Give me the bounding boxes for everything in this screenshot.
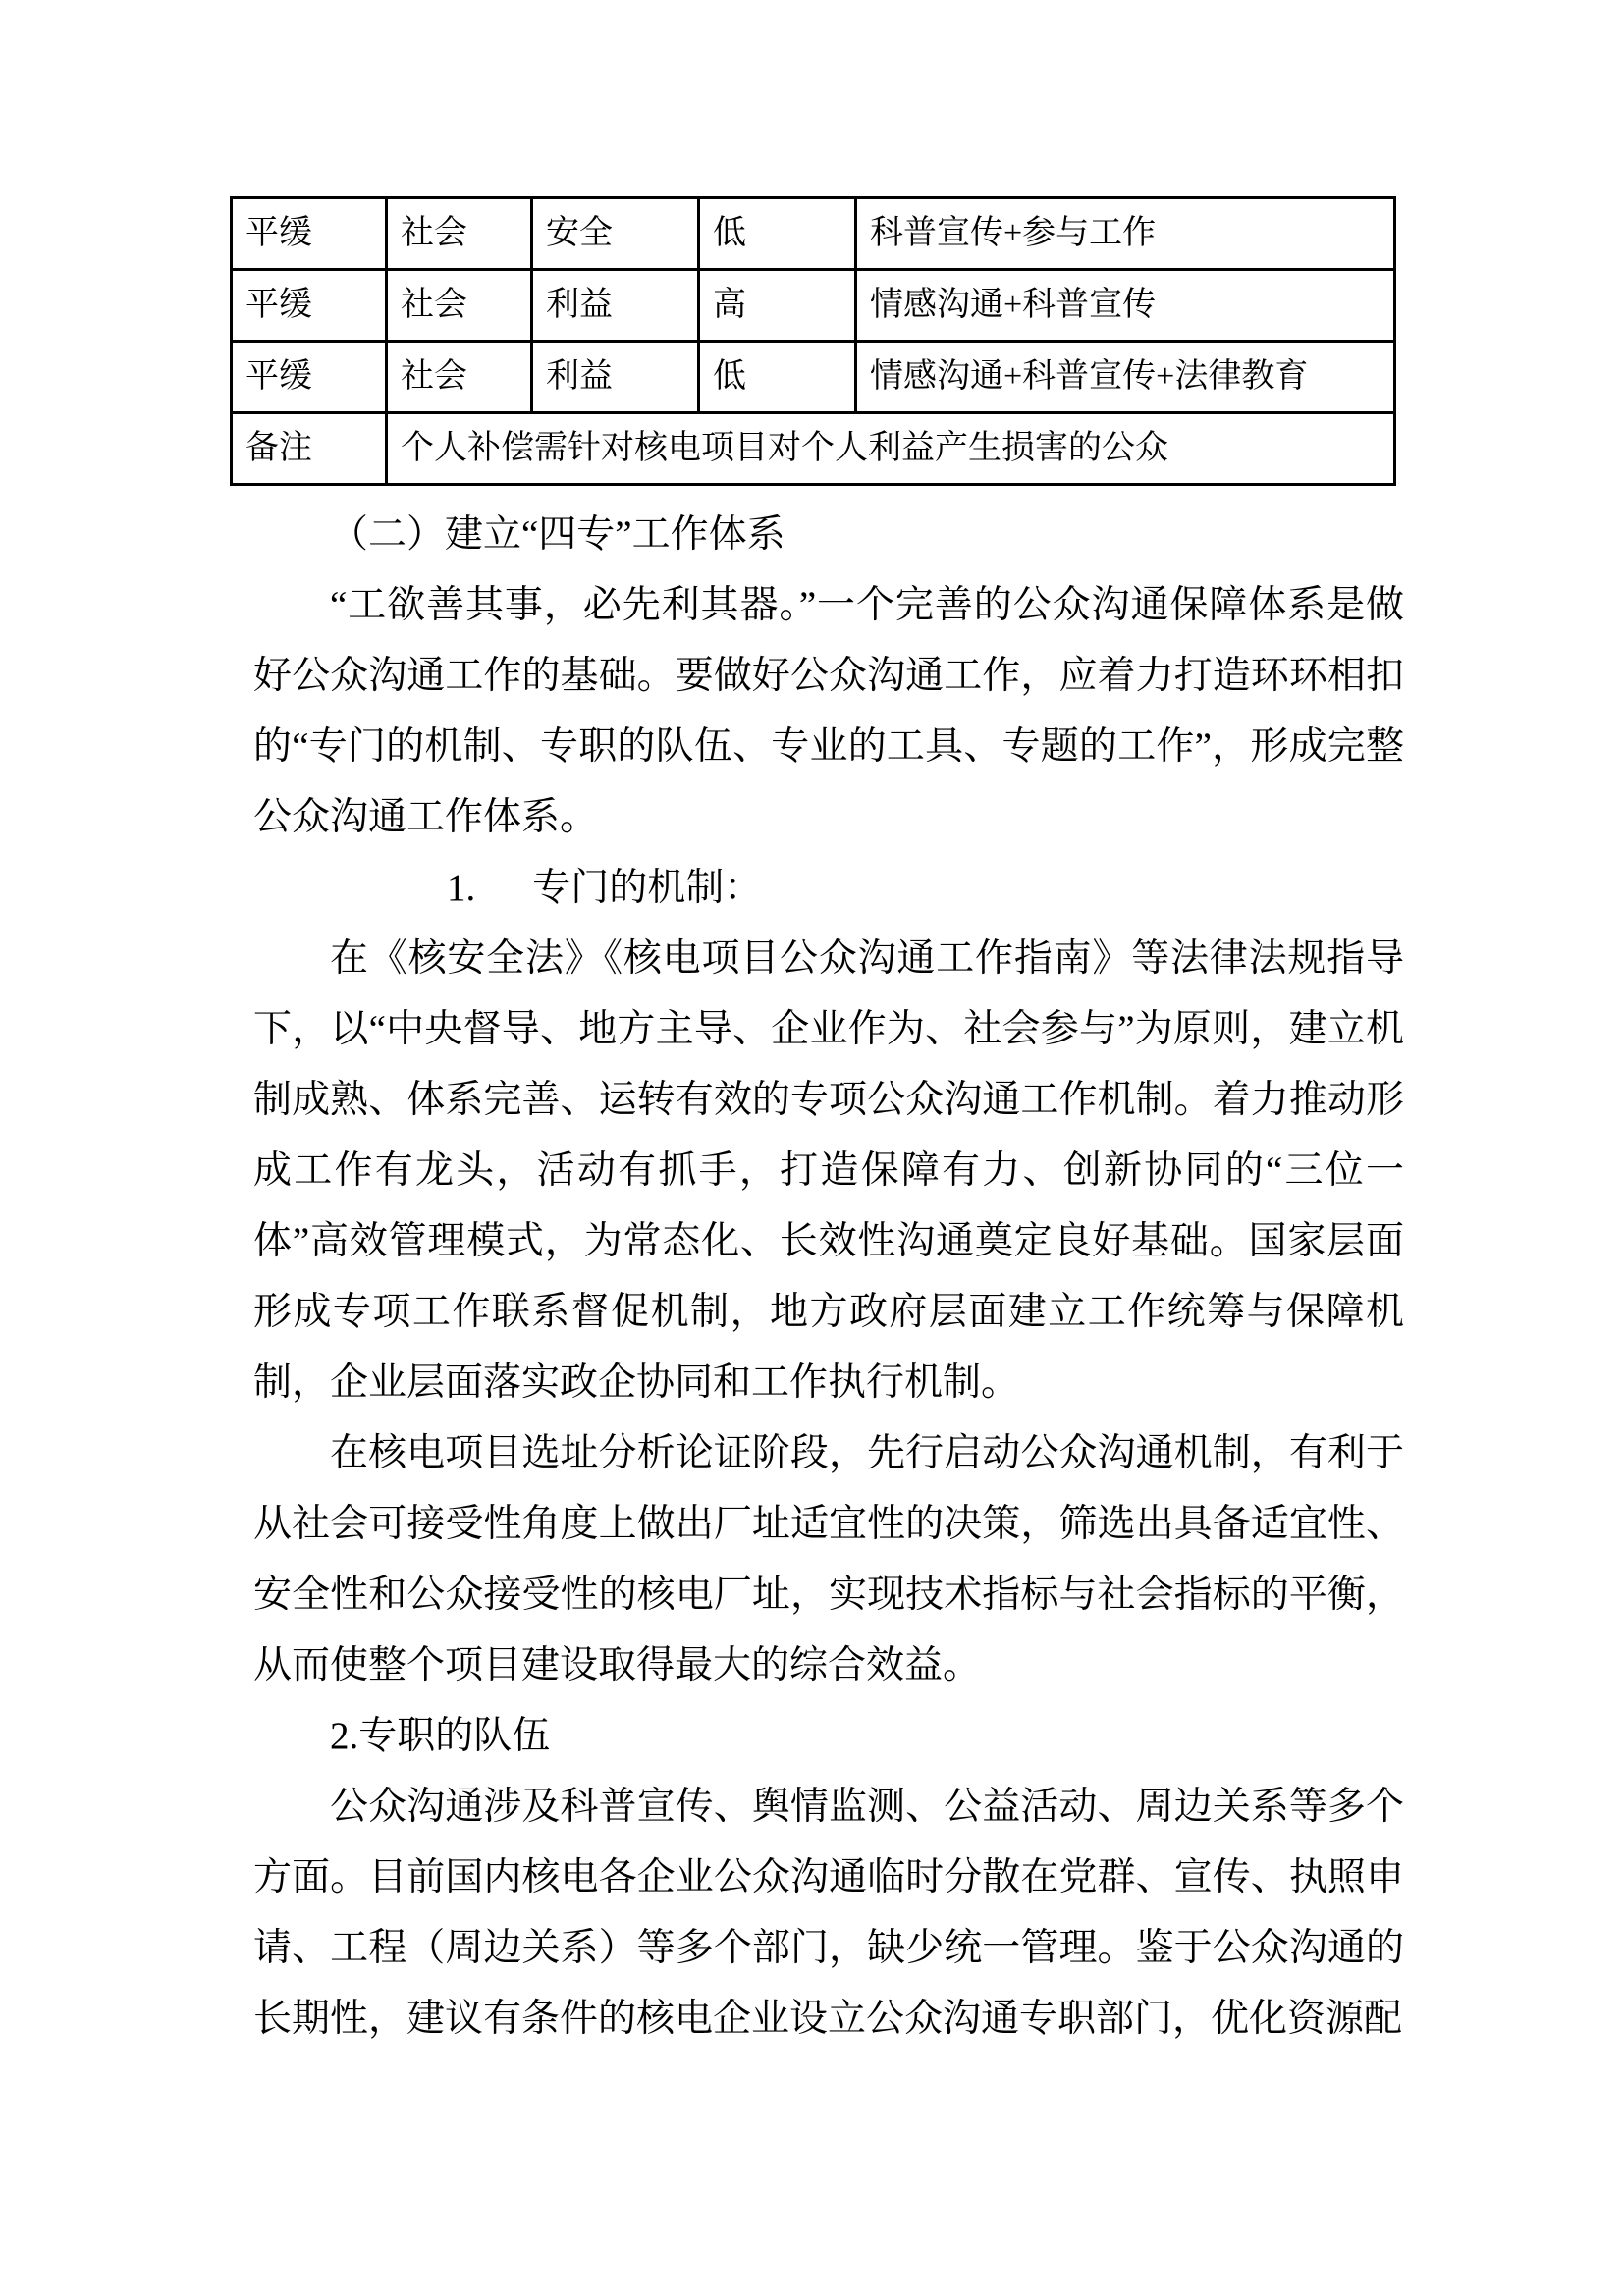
communication-strategy-table: 平缓 社会 安全 低 科普宣传+参与工作 平缓 社会 利益 高 情感沟通+科普宣… xyxy=(230,196,1393,486)
table-cell: 社会 xyxy=(387,198,532,270)
table-cell: 利益 xyxy=(532,342,699,413)
table-cell: 低 xyxy=(699,198,856,270)
note-label-cell: 备注 xyxy=(232,413,387,485)
paragraph-mechanism-1: 在《核安全法》《核电项目公众沟通工作指南》等法律法规指导下，以“中央督导、地方主… xyxy=(253,924,1404,1418)
table-row: 平缓 社会 安全 低 科普宣传+参与工作 xyxy=(232,198,1395,270)
section-heading: （二）建立“四专”工作体系 xyxy=(253,500,1404,570)
table-row: 平缓 社会 利益 高 情感沟通+科普宣传 xyxy=(232,270,1395,342)
table-cell: 安全 xyxy=(532,198,699,270)
table-cell: 利益 xyxy=(532,270,699,342)
paragraph-team: 公众沟通涉及科普宣传、舆情监测、公益活动、周边关系等多个方面。目前国内核电各企业… xyxy=(253,1772,1404,2055)
item1-number: 1. xyxy=(447,867,475,909)
table-cell: 低 xyxy=(699,342,856,413)
table-cell: 情感沟通+科普宣传+法律教育 xyxy=(856,342,1395,413)
table-cell: 高 xyxy=(699,270,856,342)
paragraph-intro: “工欲善其事，必先利其器。”一个完善的公众沟通保障体系是做好公众沟通工作的基础。… xyxy=(253,570,1404,853)
table-row: 平缓 社会 利益 低 情感沟通+科普宣传+法律教育 xyxy=(232,342,1395,413)
document-page: 平缓 社会 安全 低 科普宣传+参与工作 平缓 社会 利益 高 情感沟通+科普宣… xyxy=(0,0,1624,2296)
item1-title: 专门的机制： xyxy=(532,867,762,909)
table-cell: 情感沟通+科普宣传 xyxy=(856,270,1395,342)
paragraph-mechanism-2: 在核电项目选址分析论证阶段，先行启动公众沟通机制，有利于从社会可接受性角度上做出… xyxy=(253,1418,1404,1701)
table-note-row: 备注 个人补偿需针对核电项目对个人利益产生损害的公众 xyxy=(232,413,1395,485)
table-cell: 平缓 xyxy=(232,342,387,413)
table: 平缓 社会 安全 低 科普宣传+参与工作 平缓 社会 利益 高 情感沟通+科普宣… xyxy=(230,196,1396,486)
table-cell: 科普宣传+参与工作 xyxy=(856,198,1395,270)
table-cell: 平缓 xyxy=(232,198,387,270)
table-cell: 平缓 xyxy=(232,270,387,342)
item2-heading: 2.专职的队伍 xyxy=(253,1701,1404,1772)
table-cell: 社会 xyxy=(387,342,532,413)
table-cell: 社会 xyxy=(387,270,532,342)
document-body: （二）建立“四专”工作体系 “工欲善其事，必先利其器。”一个完善的公众沟通保障体… xyxy=(253,500,1404,2055)
item1-heading: 1.专门的机制： xyxy=(253,853,1404,924)
note-text-cell: 个人补偿需针对核电项目对个人利益产生损害的公众 xyxy=(387,413,1395,485)
